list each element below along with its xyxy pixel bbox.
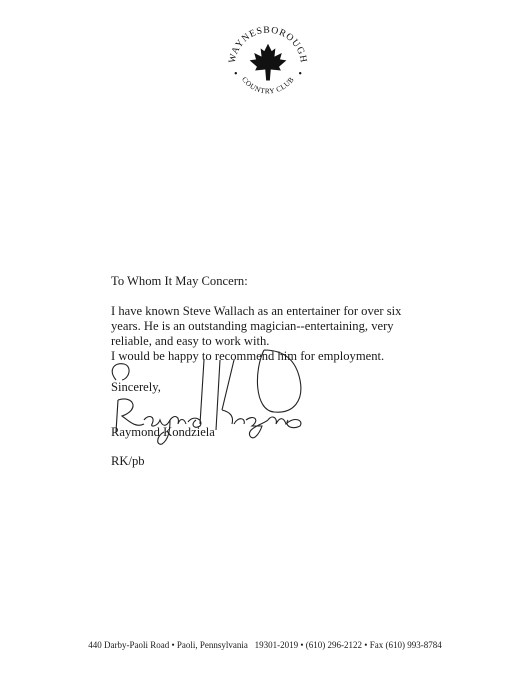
signer-name: Raymond Kondziela: [111, 425, 215, 440]
maple-leaf-icon: WAYNESBOROUGH COUNTRY CLUB: [222, 18, 314, 110]
footer-address: 440 Darby-Paoli Road • Paoli, Pennsylvan…: [0, 640, 530, 650]
club-logo: WAYNESBOROUGH COUNTRY CLUB: [222, 18, 314, 110]
typist-initials: RK/pb: [111, 454, 145, 469]
salutation: To Whom It May Concern:: [111, 274, 248, 289]
